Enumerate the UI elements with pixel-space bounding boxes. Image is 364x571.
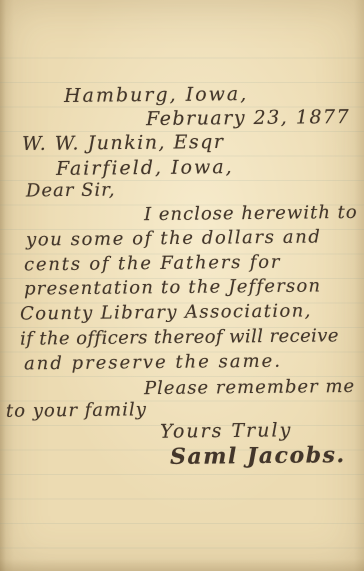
signature-line: Saml Jacobs. [170, 442, 346, 470]
date-line: February 23, 1877 [146, 106, 350, 130]
body-line: to your family [6, 399, 147, 421]
recipient-name-line: W. W. Junkin, Esqr [22, 131, 225, 155]
body-line: County Library Association, [20, 300, 312, 324]
body-line: and preserve the same. [24, 351, 282, 375]
salutation-line: Dear Sir, [26, 180, 116, 202]
closing-line: Yours Truly [160, 419, 292, 442]
letter-paper: Hamburg, Iowa, February 23, 1877 W. W. J… [0, 0, 364, 571]
body-line: I enclose herewith to [144, 202, 358, 225]
body-line: you some of the dollars and [26, 226, 322, 250]
recipient-city-line: Fairfield, Iowa, [56, 156, 234, 180]
place-line: Hamburg, Iowa, [64, 83, 248, 107]
body-line: cents of the Fathers for [24, 252, 282, 276]
body-line: Please remember me [144, 376, 355, 399]
body-line: if the officers thereof will receive [20, 325, 339, 349]
body-line: presentation to the Jefferson [24, 275, 321, 299]
